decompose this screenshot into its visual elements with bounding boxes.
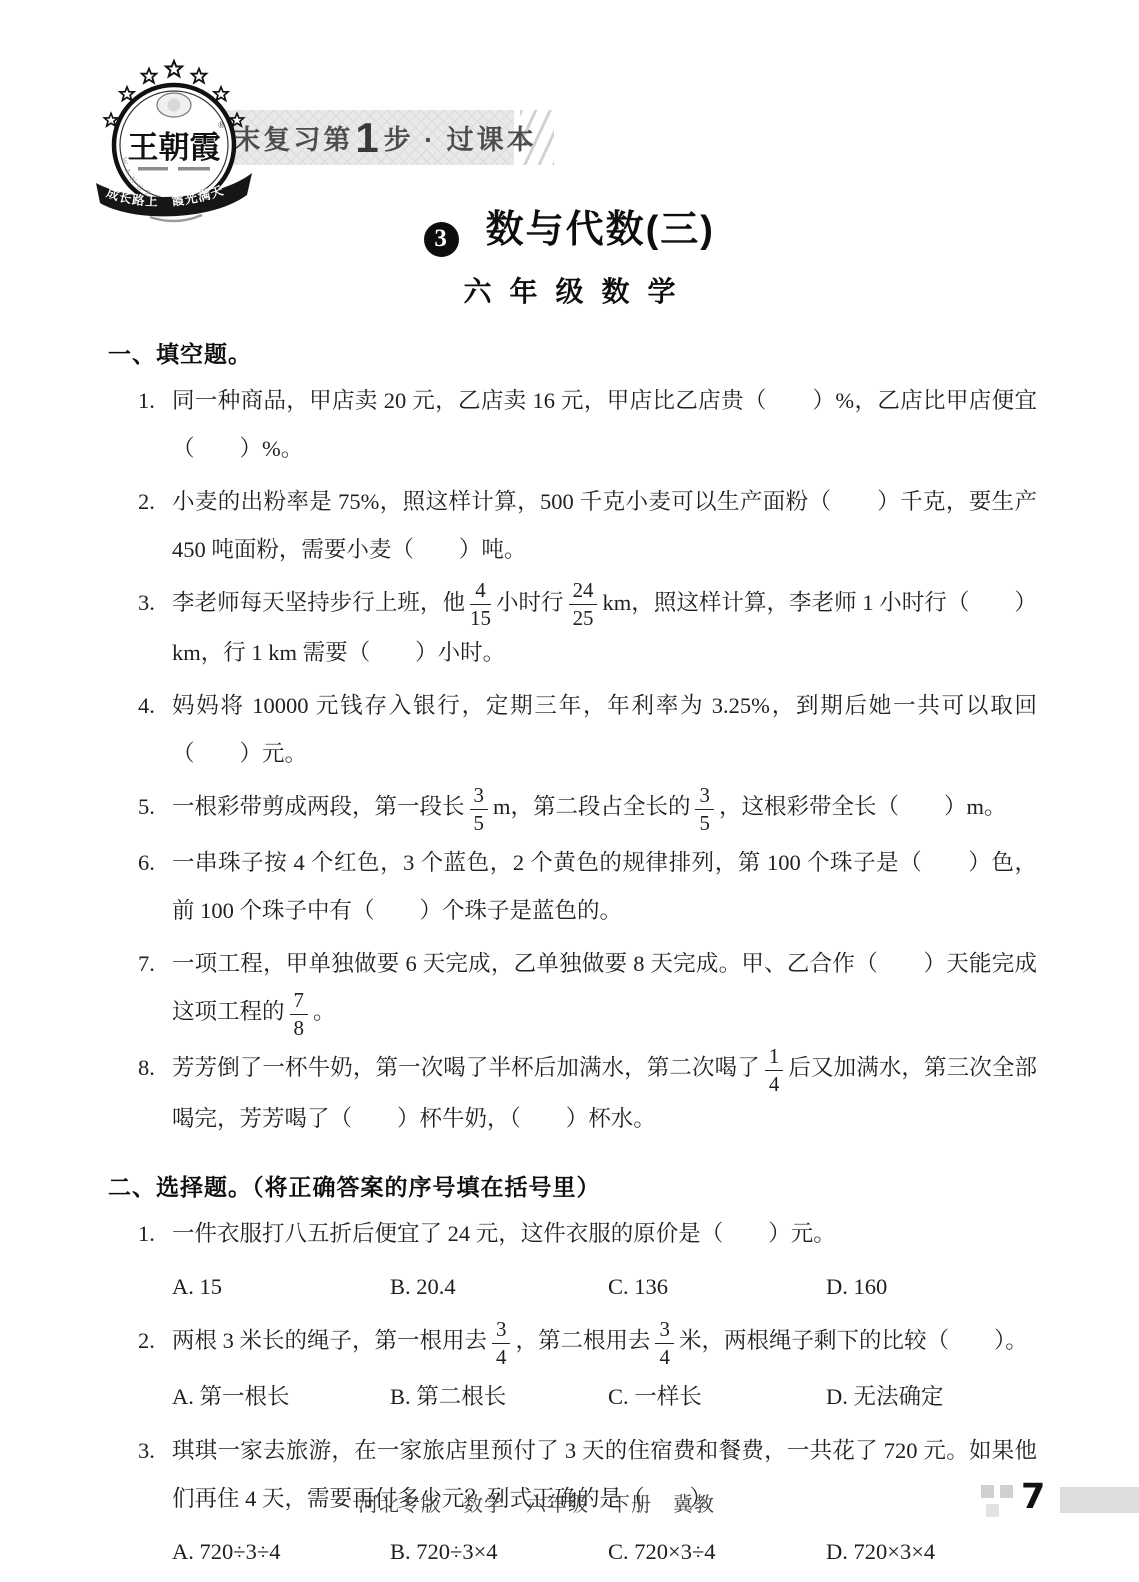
banner-suffix: 步 · 过课本	[384, 118, 537, 157]
option: D. 160	[826, 1263, 1037, 1311]
option: C. 136	[608, 1263, 826, 1311]
question: 1.一件衣服打八五折后便宜了 24 元，这件衣服的原价是（ ）元。	[108, 1210, 1037, 1258]
fraction: 35	[695, 784, 713, 834]
question-number: 3.	[138, 579, 155, 627]
option: B. 20.4	[390, 1263, 608, 1311]
fraction-denominator: 5	[695, 810, 713, 835]
title-text: 数与代数(三)	[486, 209, 715, 251]
footer-bar-icon	[1060, 1487, 1139, 1513]
fraction-numerator: 1	[765, 1045, 783, 1071]
question: 1.同一种商品，甲店卖 20 元，乙店卖 16 元，甲店比乙店贵（ ）%，乙店比…	[108, 377, 1037, 473]
options-row: A. 15B. 20.4C. 136D. 160	[172, 1263, 1037, 1311]
question-text: 一串珠子按 4 个红色，3 个蓝色，2 个黄色的规律排列，第 100 个珠子是（…	[172, 850, 1037, 923]
question-text: 一根彩带剪成两段，第一段长35m，第二段占全长的35，这根彩带全长（ ）m。	[172, 794, 1006, 819]
option: A. 第一根长	[172, 1373, 390, 1421]
question-text: 一项工程，甲单独做要 6 天完成，乙单独做要 8 天完成。甲、乙合作（ ）天能完…	[172, 951, 1037, 1024]
fraction-denominator: 8	[290, 1015, 308, 1040]
fraction-denominator: 25	[569, 605, 598, 630]
section-heading-2: 二、选择题。（将正确答案的序号填在括号里）	[108, 1169, 1037, 1202]
page-number: 7	[1021, 1477, 1045, 1517]
question-text: 同一种商品，甲店卖 20 元，乙店卖 16 元，甲店比乙店贵（ ）%，乙店比甲店…	[172, 388, 1037, 461]
question: 3.李老师每天坚持步行上班，他415小时行2425km，照这样计算，李老师 1 …	[108, 579, 1037, 678]
options-row: A. 第一根长B. 第二根长C. 一样长D. 无法确定	[172, 1373, 1037, 1421]
option: A. 720÷3÷4	[172, 1528, 390, 1576]
question-text: 芳芳倒了一杯牛奶，第一次喝了半杯后加满水，第二次喝了14后又加满水，第三次全部喝…	[172, 1055, 1037, 1131]
brand-logo: 王朝霞 ® WANGZHAOXIA 成长路上 霞光满天	[88, 56, 260, 226]
fraction-numerator: 3	[655, 1318, 673, 1344]
question-number: 3.	[138, 1427, 155, 1475]
fraction: 2425	[569, 579, 598, 629]
question: 2.小麦的出粉率是 75%，照这样计算，500 千克小麦可以生产面粉（ ）千克，…	[108, 478, 1037, 574]
brand-name: 王朝霞	[128, 130, 221, 165]
question-number: 1.	[138, 1210, 155, 1258]
fraction-numerator: 4	[470, 579, 491, 605]
question-number: 2.	[138, 1317, 155, 1365]
page-subtitle: 六年级数学	[0, 270, 1139, 310]
fraction: 14	[765, 1045, 783, 1095]
brand-logo-badge-icon: 王朝霞 ® WANGZHAOXIA 成长路上 霞光满天	[88, 56, 260, 226]
question-text: 妈妈将 10000 元钱存入银行，定期三年，年利率为 3.25%，到期后她一共可…	[172, 693, 1037, 766]
fraction-denominator: 5	[470, 810, 488, 835]
fraction: 35	[470, 784, 488, 834]
question: 2.两根 3 米长的绳子，第一根用去34，第二根用去34米，两根绳子剩下的比较（…	[108, 1317, 1037, 1368]
fraction: 415	[470, 579, 491, 629]
title-number-badge: 3	[424, 222, 459, 257]
fraction-numerator: 3	[695, 784, 713, 810]
question-text: 小麦的出粉率是 75%，照这样计算，500 千克小麦可以生产面粉（ ）千克，要生…	[172, 489, 1037, 562]
question-number: 8.	[138, 1044, 155, 1092]
section-heading-1: 一、填空题。	[108, 336, 1037, 369]
option: C. 720×3÷4	[608, 1528, 826, 1576]
question-number: 1.	[138, 377, 155, 425]
fraction-denominator: 4	[655, 1344, 673, 1369]
footer-edition-info: 河北专版 数学 六年级 下册 冀教	[358, 1488, 715, 1517]
question-number: 6.	[138, 839, 155, 887]
question-number: 4.	[138, 682, 155, 730]
option: D. 无法确定	[826, 1373, 1037, 1421]
question-text: 李老师每天坚持步行上班，他415小时行2425km，照这样计算，李老师 1 小时…	[172, 590, 1037, 666]
question: 5.一根彩带剪成两段，第一段长35m，第二段占全长的35，这根彩带全长（ ）m。	[108, 783, 1037, 834]
footer-squares-icon	[981, 1485, 1021, 1525]
option: D. 720×3×4	[826, 1528, 1037, 1576]
question-text: 两根 3 米长的绳子，第一根用去34，第二根用去34米，两根绳子剩下的比较（ ）…	[172, 1328, 1028, 1353]
fraction-numerator: 3	[470, 784, 488, 810]
banner-step-number: 1	[355, 117, 381, 159]
fraction: 34	[492, 1318, 510, 1368]
fraction: 34	[655, 1318, 673, 1368]
registered-mark: ®	[218, 120, 225, 130]
fraction-numerator: 3	[492, 1318, 510, 1344]
options-row: A. 720÷3÷4B. 720÷3×4C. 720×3÷4D. 720×3×4	[172, 1528, 1037, 1576]
question-text: 一件衣服打八五折后便宜了 24 元，这件衣服的原价是（ ）元。	[172, 1221, 836, 1246]
fraction-denominator: 4	[492, 1344, 510, 1369]
question: 8.芳芳倒了一杯牛奶，第一次喝了半杯后加满水，第二次喝了14后又加满水，第三次全…	[108, 1044, 1037, 1143]
question: 4.妈妈将 10000 元钱存入银行，定期三年，年利率为 3.25%，到期后她一…	[108, 682, 1037, 778]
question: 7.一项工程，甲单独做要 6 天完成，乙单独做要 8 天完成。甲、乙合作（ ）天…	[108, 940, 1037, 1039]
fraction-numerator: 7	[290, 989, 308, 1015]
option: B. 第二根长	[390, 1373, 608, 1421]
fraction-denominator: 15	[470, 605, 491, 630]
question-number: 7.	[138, 940, 155, 988]
option: C. 一样长	[608, 1373, 826, 1421]
question-number: 2.	[138, 478, 155, 526]
sections: 一、填空题。1.同一种商品，甲店卖 20 元，乙店卖 16 元，甲店比乙店贵（ …	[108, 336, 1037, 1577]
fraction-numerator: 24	[569, 579, 598, 605]
fraction: 78	[290, 989, 308, 1039]
option: B. 720÷3×4	[390, 1528, 608, 1576]
worksheet-page: 王朝霞 ® WANGZHAOXIA 成长路上 霞光满天 期末复习第 1 步 · …	[0, 0, 1139, 1582]
header-banner: 期末复习第 1 步 · 过课本	[226, 110, 514, 165]
option: A. 15	[172, 1263, 390, 1311]
question-number: 5.	[138, 783, 155, 831]
question: 6.一串珠子按 4 个红色，3 个蓝色，2 个黄色的规律排列，第 100 个珠子…	[108, 839, 1037, 935]
fraction-denominator: 4	[765, 1071, 783, 1096]
